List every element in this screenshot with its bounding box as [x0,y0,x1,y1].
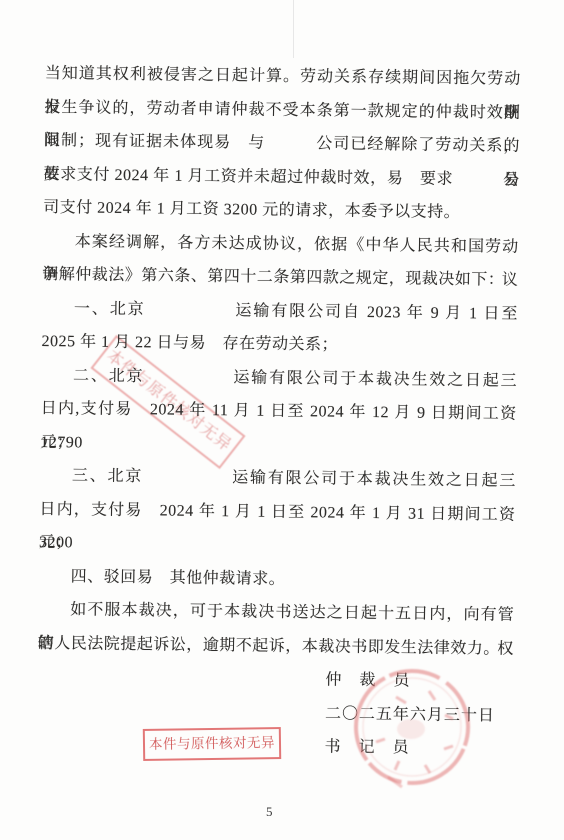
text-line: 如不服本裁决，可于本裁决书送达之日起十五日内，向有管辖权 [38,593,514,632]
text-line: 日内，支付易 2024 年 1 月 1 日至 2024 年 1 月 31 日期间… [39,492,515,531]
text-line: 2025 年 1 月 22 日与易 存在劳动关系； [41,325,517,364]
text-line: 日内,支付易 2024 年 11 月 1 日至 2024 年 12 月 9 日期… [40,392,516,431]
text-line: 调解仲裁法》第六条、第四十二条第四款之规定，现裁决如下： [42,258,518,297]
page-number: 5 [266,804,274,820]
scanned-arbitration-award-page: 本件与原件核对无异 当知道其权利被侵害之日起计算。劳动关系存续期间因拖欠劳动报酬… [0,0,564,840]
text-line: 司支付 2024 年 1 月工资 3200 元的请求，本委予以支持。 [43,191,519,230]
document-body: 当知道其权利被侵害之日起计算。劳动关系存续期间因拖欠劳动报酬 发生争议的，劳动者… [36,57,521,766]
text-line: 三、北京 运输有限公司于本裁决生效之日起三 [40,459,516,498]
copy-verification-stamp: 本件与原件核对无异 [143,727,281,761]
scan-fold-line [293,0,294,58]
text-line: 的人民法院提起诉讼，逾期不起诉，本裁决书即发生法律效力。 [38,626,514,665]
text-line: 限制；现有证据未体现易 与 公司已经解除了劳动关系，故易 [44,124,520,163]
text-line: 当知道其权利被侵害之日起计算。劳动关系存续期间因拖欠劳动报酬 [45,57,521,96]
